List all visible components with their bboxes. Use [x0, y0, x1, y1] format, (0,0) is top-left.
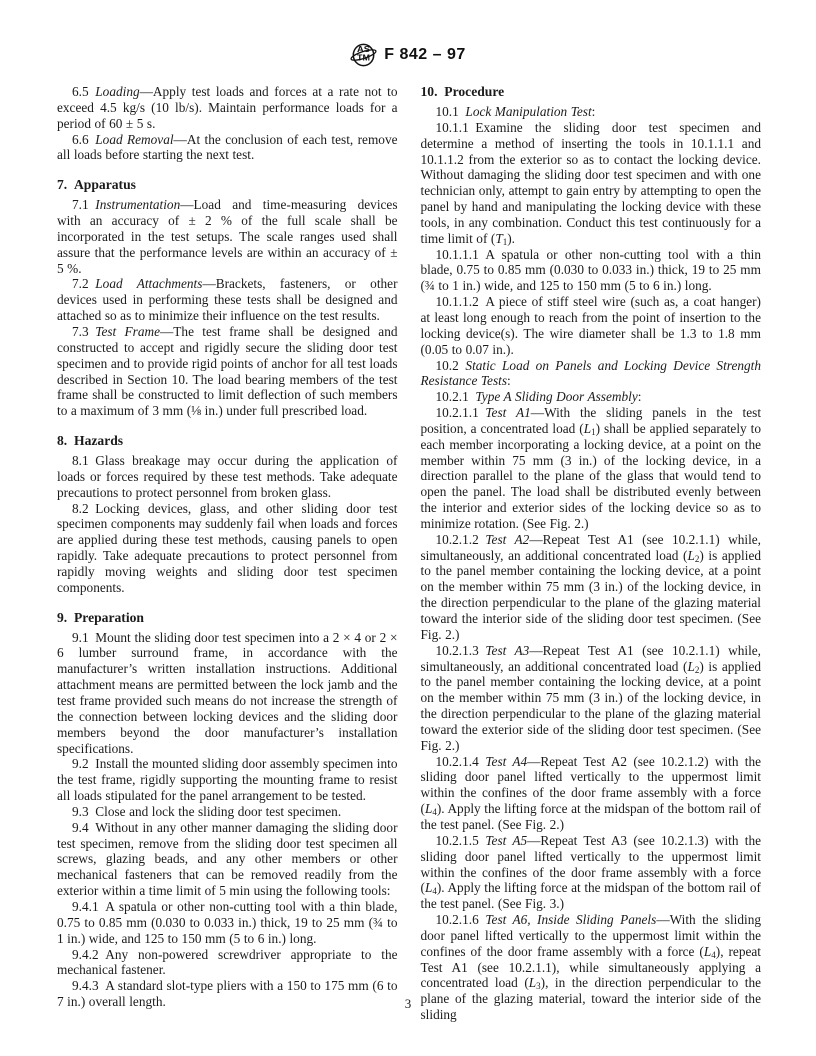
- paragraph: 7.2 Load Attachments—Brackets, fasteners…: [57, 276, 398, 324]
- paragraph: 6.5 Loading—Apply test loads and forces …: [57, 84, 398, 132]
- paragraph: 10.2.1.2 Test A2—Repeat Test A1 (see 10.…: [421, 532, 762, 643]
- astm-logo-icon: AS TM: [350, 42, 377, 68]
- paragraph: 9.4 Without in any other manner damaging…: [57, 820, 398, 899]
- paragraph: 9.1 Mount the sliding door test specimen…: [57, 630, 398, 757]
- paragraph: 10.2.1 Type A Sliding Door Assembly:: [421, 389, 762, 405]
- svg-text:TM: TM: [357, 53, 370, 63]
- paragraph: 10.1.1 Examine the sliding door test spe…: [421, 120, 762, 247]
- paragraph: 8.2 Locking devices, glass, and other sl…: [57, 501, 398, 596]
- paragraph: 10.2 Static Load on Panels and Locking D…: [421, 358, 762, 390]
- paragraph: 10.2.1.4 Test A4—Repeat Test A2 (see 10.…: [421, 754, 762, 833]
- two-column-body: 6.5 Loading—Apply test loads and forces …: [57, 84, 761, 1023]
- section-heading: 10. Procedure: [421, 84, 762, 100]
- section-heading: 8. Hazards: [57, 433, 398, 449]
- section-heading: 7. Apparatus: [57, 177, 398, 193]
- paragraph: 9.4.1 A spatula or other non-cutting too…: [57, 899, 398, 947]
- right-column: 10. Procedure10.1 Lock Manipulation Test…: [421, 84, 762, 1023]
- paragraph: 9.2 Install the mounted sliding door ass…: [57, 756, 398, 804]
- paragraph: 7.3 Test Frame—The test frame shall be d…: [57, 324, 398, 419]
- paragraph: 10.2.1.1 Test A1—With the sliding panels…: [421, 405, 762, 532]
- document-page: AS TM F 842 – 97 6.5 Loading—Apply test …: [0, 0, 816, 1056]
- paragraph: 9.3 Close and lock the sliding door test…: [57, 804, 398, 820]
- left-column: 6.5 Loading—Apply test loads and forces …: [57, 84, 398, 1023]
- paragraph: 6.6 Load Removal—At the conclusion of ea…: [57, 132, 398, 164]
- page-number: 3: [0, 996, 816, 1012]
- section-heading: 9. Preparation: [57, 610, 398, 626]
- page-header: AS TM F 842 – 97: [0, 42, 816, 68]
- paragraph: 10.1.1.2 A piece of stiff steel wire (su…: [421, 294, 762, 357]
- paragraph: 10.1 Lock Manipulation Test:: [421, 104, 762, 120]
- standard-number: F 842 – 97: [384, 46, 466, 64]
- paragraph: 10.2.1.5 Test A5—Repeat Test A3 (see 10.…: [421, 833, 762, 912]
- paragraph: 10.1.1.1 A spatula or other non-cutting …: [421, 247, 762, 295]
- paragraph: 7.1 Instrumentation—Load and time-measur…: [57, 197, 398, 276]
- paragraph: 10.2.1.3 Test A3—Repeat Test A1 (see 10.…: [421, 643, 762, 754]
- paragraph: 8.1 Glass breakage may occur during the …: [57, 453, 398, 501]
- paragraph: 9.4.2 Any non-powered screwdriver approp…: [57, 947, 398, 979]
